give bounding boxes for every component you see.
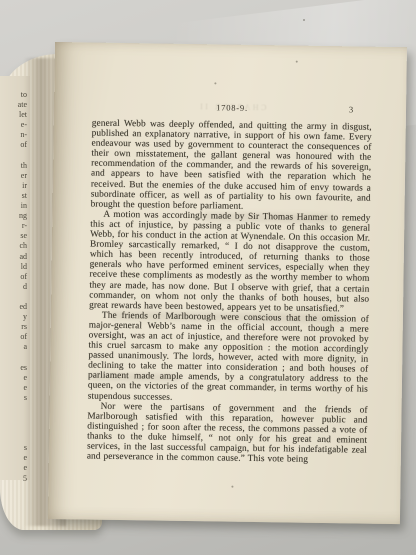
line-fragment: e [0,453,27,463]
line-fragment: se [0,231,27,241]
paragraph: Nor were the partisans of government and… [87,401,368,466]
line-fragment: to [0,90,27,100]
page-header: CHAPTER II 1708-9. 3 [92,101,372,116]
line-fragment: a [0,342,27,352]
line-fragment [0,433,27,443]
line-fragment: ate [0,100,27,110]
paragraph: A motion was accordingly made by Sir Tho… [89,209,370,314]
line-fragment: rs [0,322,27,332]
line-fragment: of [0,272,27,282]
line-fragment: ld [0,262,27,272]
line-fragment: ch [0,241,27,251]
line-fragment: d [0,282,27,292]
line-fragment: ir [0,181,27,191]
line-fragment: in [0,201,27,211]
line-fragment [0,292,27,302]
line-fragment: e [0,383,27,393]
line-fragment: e- [0,120,27,130]
line-fragment: n- [0,130,27,140]
line-fragment: of [0,332,27,342]
line-fragment [0,352,27,362]
line-fragment: y [0,312,27,322]
page-content-area: CHAPTER II 1708-9. 3 general Webb was de… [48,42,407,524]
line-fragment [0,413,27,423]
line-fragment [0,423,27,433]
line-fragment: ng [0,211,27,221]
line-fragment: es [0,363,27,373]
line-fragment [0,403,27,413]
line-fragment: s [0,393,27,403]
line-fragment: ed [0,302,27,312]
table-speck [303,19,305,21]
line-fragment: ad [0,252,27,262]
running-head-date: 1708-9. [216,102,248,112]
line-fragment: 5 [0,474,27,484]
line-fragment [0,151,27,161]
page-body-text: general Webb was deeply offended, and qu… [87,119,372,466]
line-fragment: of [0,140,27,150]
line-fragment: st [0,191,27,201]
paragraph: The friends of Marlborough were consciou… [88,310,369,405]
line-fragment: er [0,171,27,181]
line-fragment: th [0,161,27,171]
page-number: 3 [349,104,354,114]
line-fragment: e [0,463,27,473]
line-fragment: let [0,110,27,120]
line-fragment: r- [0,221,27,231]
line-fragment: e [0,373,27,383]
book-page: CHAPTER II 1708-9. 3 general Webb was de… [48,42,407,524]
line-fragment: s [0,443,27,453]
paragraph: general Webb was deeply offended, and qu… [91,119,372,214]
book-photo-scene: toatelete-n-oftherirstinngr-sechadldofde… [0,0,416,555]
